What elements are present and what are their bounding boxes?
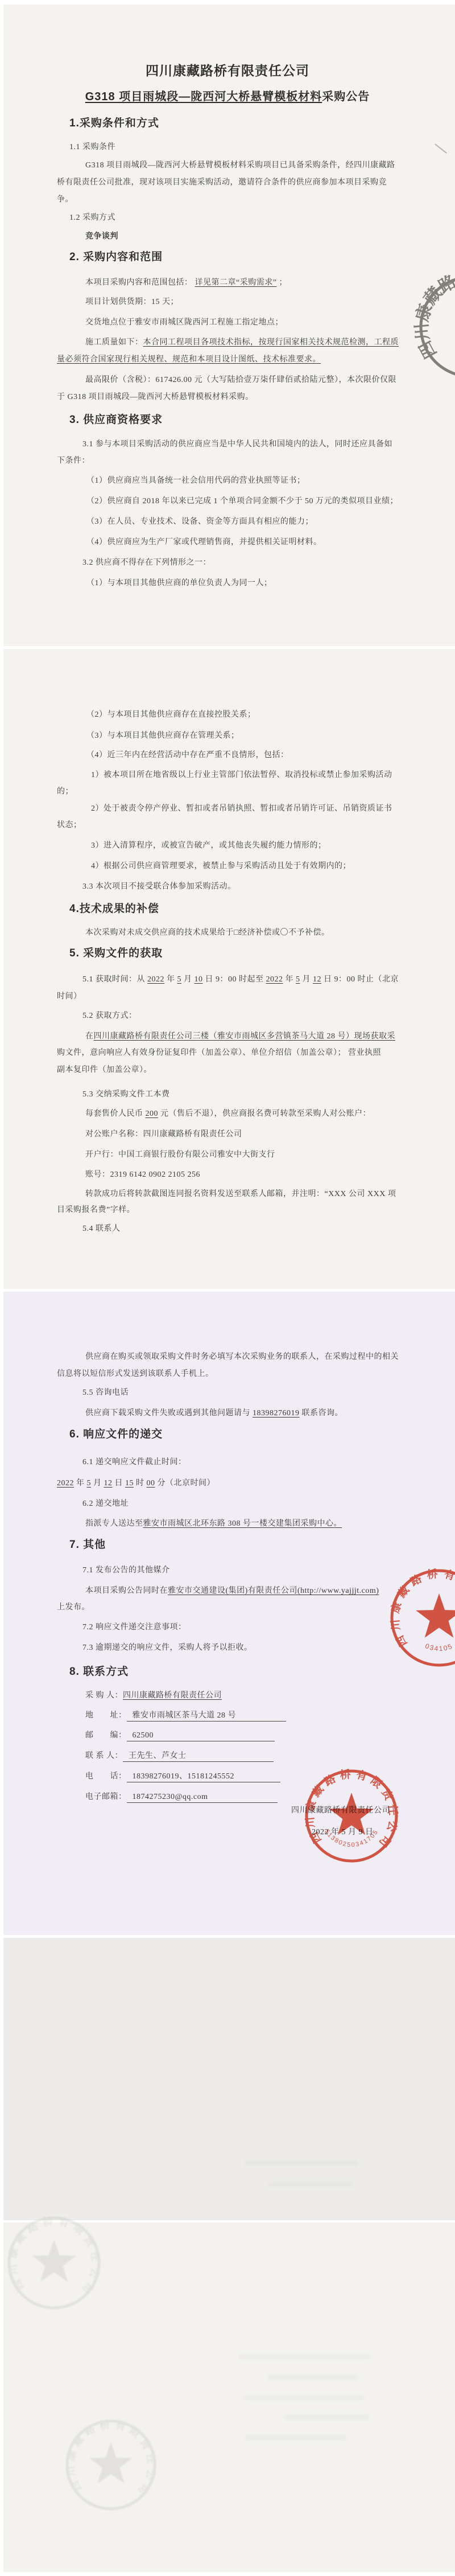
text-run: 本次采购对未成交供应商的技术成果给于□经济补偿或〇不予补偿。 bbox=[85, 928, 329, 937]
text-run: （2）与本项目其他供应商存在直接控股关系； bbox=[86, 710, 256, 719]
text-run: 四川康藏路桥有限责任公司三楼（雅安市雨城区多营镇茶马大道 28 号）现场获取采 bbox=[94, 1032, 396, 1041]
text-run: 时 bbox=[134, 1479, 147, 1488]
doc-line: 5.4 联系人 bbox=[82, 1224, 121, 1234]
company-seal-red: 四川康藏路桥有限责任公司51380250341705 bbox=[298, 1762, 405, 1872]
text-run: 月 bbox=[91, 1479, 104, 1488]
text-run: 信息将以短信形式发送到该联系人手机上。 bbox=[57, 1370, 214, 1378]
text-run: 每套售价人民币 bbox=[85, 1110, 146, 1118]
doc-line: 地 址：雅安市雨城区茶马大道 28 号 bbox=[85, 1711, 286, 1722]
doc-line: 本次采购对未成交供应商的技术成果给于□经济补偿或〇不予补偿。 bbox=[85, 928, 329, 938]
doc-line: 1.1 采购条件 bbox=[69, 142, 115, 153]
doc-line: 时间） bbox=[57, 992, 82, 1002]
text-run: 采购公告 bbox=[322, 91, 370, 103]
doc-line: 状态； bbox=[57, 820, 82, 831]
text-run: 上发布。 bbox=[57, 1603, 90, 1612]
doc-line: 在四川康藏路桥有限责任公司三楼（雅安市雨城区多营镇茶马大道 28 号）现场获取采 bbox=[85, 1032, 395, 1042]
text-run: 5.4 联系人 bbox=[82, 1225, 121, 1233]
doc-heading: G318 项目雨城段—陇西河大桥悬臂模板材料采购公告 bbox=[0, 90, 455, 104]
ghost-seal-2: 四川康藏路桥有限责任公司 bbox=[59, 2413, 163, 2520]
svg-text:四川康藏路桥有限责任公司: 四川康藏路桥有限责任公司 bbox=[412, 269, 455, 369]
text-run: 下条件： bbox=[57, 457, 90, 465]
text-run: 日 9：00 时起至 bbox=[203, 975, 266, 984]
text-run: 7.1 发布公告的其他媒介 bbox=[82, 1566, 170, 1575]
text-run: 本合同工程项目各项技术指标，按现行国家相关技术规范检测，工程质 bbox=[143, 338, 399, 347]
text-run: 电子邮箱： bbox=[85, 1793, 127, 1801]
doc-line: 竞争谈判 bbox=[85, 232, 118, 242]
text-run: 年 bbox=[164, 975, 177, 984]
doc-line: 本项目采购内容和范围包括： 详见第二章“采购需求” ； bbox=[85, 278, 287, 288]
text-run: （2）供应商自 2018 年以来已完成 1 个单项合同金额不少于 50 万元的类… bbox=[86, 497, 398, 506]
doc-line: 5.1 获取时间：从 2022 年 5 月 10 日 9：00 时起至 2022… bbox=[82, 975, 399, 985]
doc-line: 2）处于被责令停产停业、暂扣或者吊销执照、暂扣或者吊销许可证、吊销资质证书 bbox=[91, 804, 392, 814]
text-run: 转款成功后将转款截图连同报名资料发送至联系人邮箱，并注明：“XXX 公司 XXX… bbox=[85, 1190, 396, 1198]
doc-line: 电 话：18398276019、15181245552 bbox=[85, 1772, 280, 1782]
text-run: 2022 bbox=[266, 975, 283, 984]
text-run: 年 bbox=[283, 975, 296, 984]
text-run: 62500 bbox=[127, 1731, 275, 1741]
text-run: 时间） bbox=[57, 992, 82, 1001]
text-run: 开户行：中国工商银行股份有限公司雅安中大街支行 bbox=[85, 1151, 275, 1159]
doc-line: 争。 bbox=[57, 195, 73, 205]
doc-line: 购文件，意向响应人有效身份证复印件（加盖公章）、单位介绍信（加盖公章）； 营业执… bbox=[57, 1048, 381, 1058]
text-run: G318 项目雨城段—陇西河大桥悬臂模板材料采购项目已具备采购条件，经四川康藏路 bbox=[85, 161, 395, 170]
doc-heading: 5. 采购文件的获取 bbox=[69, 947, 163, 960]
text-run: 4.技术成果的补偿 bbox=[69, 903, 159, 915]
doc-line: 交货地点位于雅安市雨城区陇西河工程施工指定地点； bbox=[85, 318, 283, 328]
text-run: 7. 其他 bbox=[69, 1539, 106, 1551]
doc-line: 5.3 交纳采购文件工本费 bbox=[82, 1090, 170, 1100]
text-run: 本项目采购内容和范围包括： bbox=[85, 278, 195, 287]
text-run: 12 bbox=[313, 975, 321, 984]
text-run: 地 址： bbox=[85, 1711, 127, 1720]
doc-line: （1）供应商应当具备统一社会信用代码的营业执照等证书； bbox=[86, 476, 305, 486]
text-run: 12 bbox=[104, 1479, 113, 1488]
text-run: 8. 联系方式 bbox=[69, 1666, 129, 1678]
doc-heading: 2. 采购内容和范围 bbox=[69, 250, 163, 264]
doc-line: 对公账户名称：四川康藏路桥有限责任公司 bbox=[85, 1129, 242, 1140]
doc-heading: 3. 供应商资格要求 bbox=[69, 413, 163, 427]
ink-bleed-mark bbox=[245, 2435, 347, 2440]
text-run: 5.2 获取方式： bbox=[82, 1012, 137, 1020]
ghost-seal-1: 四川康藏路桥有限责任公司 bbox=[1, 2209, 107, 2319]
text-run: 00 bbox=[147, 1479, 155, 1488]
text-run: 5. 采购文件的获取 bbox=[69, 947, 163, 959]
doc-line: 供应商在购买或领取采购文件时务必填写本次采购业务的联系人，在采购过程中的相关 bbox=[85, 1352, 399, 1362]
ink-bleed-mark bbox=[267, 2182, 353, 2187]
doc-line: 于 G318 项目雨城段—陇西河大桥悬臂模板材料采购。 bbox=[57, 392, 254, 402]
doc-line: 联 系 人：王先生、芦女士 bbox=[85, 1751, 274, 1762]
doc-line: 7.1 发布公告的其他媒介 bbox=[82, 1566, 170, 1576]
doc-line: （3）与本项目其他供应商存在管理关系； bbox=[86, 731, 239, 741]
doc-line: （3）在人员、专业技术、设备、资金等方面具有相应的能力； bbox=[86, 517, 313, 527]
doc-line: 7.2 响应文件递交注意事项： bbox=[82, 1622, 187, 1633]
doc-line: 5.5 咨询电话 bbox=[82, 1388, 129, 1398]
doc-line: 信息将以短信形式发送到该联系人手机上。 bbox=[57, 1369, 214, 1379]
text-run: 供应商下载采购文件失败或遇到其他问题请与 bbox=[85, 1409, 253, 1418]
text-run: 月 bbox=[181, 975, 195, 984]
text-run: 目采购报名费”字样。 bbox=[57, 1206, 135, 1214]
text-run: 6.1 递交响应文件截止时间： bbox=[82, 1458, 187, 1466]
text-run: 7.3 逾期递交的响应文件，采购人将予以拒收。 bbox=[82, 1644, 253, 1652]
text-run: 在 bbox=[85, 1032, 94, 1041]
text-run: 雅安市交通建设(集团)有限责任公司(http://www.yajjjt.com) bbox=[168, 1587, 379, 1595]
text-run: 5.5 咨询电话 bbox=[82, 1388, 129, 1397]
doc-line: 6.2 递交地址 bbox=[82, 1499, 129, 1509]
text-run: 的； bbox=[57, 787, 73, 796]
doc-line: （2）与本项目其他供应商存在直接控股关系； bbox=[86, 710, 256, 720]
text-run: 3.2 供应商不得存在下列情形之一： bbox=[82, 558, 211, 567]
doc-heading: 1.采购条件和方式 bbox=[69, 117, 159, 130]
text-run: 分（北京时间） bbox=[155, 1479, 216, 1488]
doc-heading: 6. 响应文件的递交 bbox=[69, 1428, 163, 1441]
text-run: 7.2 响应文件递交注意事项： bbox=[82, 1623, 187, 1632]
text-run: 月 bbox=[300, 975, 313, 984]
text-run: 2022 bbox=[57, 1479, 74, 1488]
doc-line: （4）供应商应为生产厂家或代理销售商，并提供相关证明材料。 bbox=[86, 537, 322, 548]
text-run: 3. 供应商资格要求 bbox=[69, 414, 163, 426]
doc-line: 副本复印件（加盖公章）。 bbox=[57, 1065, 152, 1075]
text-run: 3）进入清算程序，或被宣告破产，或其他丧失履约能力情形的； bbox=[91, 841, 326, 850]
doc-line: （4）近三年内在经营活动中存在严重不良情形，包括： bbox=[86, 750, 289, 761]
ink-bleed-mark bbox=[284, 2415, 370, 2420]
doc-line: （2）供应商自 2018 年以来已完成 1 个单项合同金额不少于 50 万元的类… bbox=[86, 496, 398, 507]
doc-line: 5.2 获取方式： bbox=[82, 1011, 137, 1021]
text-run: 采 购 人： bbox=[85, 1691, 123, 1700]
doc-line: 最高限价（含税）：617426.00 元（大写陆拾壹万柒仟肆佰贰拾陆元整），本次… bbox=[85, 375, 396, 385]
text-run: 2）处于被责令停产停业、暂扣或者吊销执照、暂扣或者吊销许可证、吊销资质证书 bbox=[91, 804, 392, 813]
text-run: 账号：2319 6142 0902 2105 256 bbox=[85, 1170, 200, 1179]
text-run: 1）被本项目所在地省级以上行业主管部门依法暂停、取消投标或禁止参加采购活动 bbox=[91, 771, 392, 779]
ink-bleed-mark bbox=[245, 2395, 364, 2400]
doc-line: （1）与本项目其他供应商的单位负责人为同一人； bbox=[86, 578, 272, 589]
text-run: 四川康藏路桥有限责任公司 bbox=[123, 1691, 222, 1700]
text-run: 15 bbox=[125, 1479, 134, 1488]
text-run: 元（售后不退），供应商报名费可转款至采购人对公账户： bbox=[158, 1110, 371, 1118]
doc-line: 3.2 供应商不得存在下列情形之一： bbox=[82, 558, 211, 568]
doc-line: 采 购 人：四川康藏路桥有限责任公司 bbox=[85, 1691, 222, 1701]
doc-line: 本项目采购公告同时在雅安市交通建设(集团)有限责任公司(http://www.y… bbox=[85, 1586, 379, 1596]
text-run: 18398276019、15181245552 bbox=[127, 1772, 280, 1782]
text-run: 年 bbox=[74, 1479, 87, 1488]
text-run: 对公账户名称：四川康藏路桥有限责任公司 bbox=[85, 1130, 242, 1139]
text-run: 项目计划供货期：15 天； bbox=[85, 298, 179, 306]
doc-heading: 8. 联系方式 bbox=[69, 1665, 129, 1679]
text-run: 1.1 采购条件 bbox=[69, 143, 115, 151]
text-run: 5 bbox=[177, 975, 182, 984]
doc-line: 邮 编：62500 bbox=[85, 1731, 275, 1741]
text-run: 1.2 采购方式 bbox=[69, 213, 115, 222]
doc-line: 账号：2319 6142 0902 2105 256 bbox=[85, 1170, 200, 1180]
doc-line: 上发布。 bbox=[57, 1603, 90, 1613]
text-run: 详见第二章“采购需求” bbox=[195, 278, 277, 287]
text-run: 4）根据公司供应商管理要求，被禁止参与采购活动且处于有效期内的； bbox=[91, 862, 351, 870]
text-run: 购文件，意向响应人有效身份证复印件（加盖公章）、单位介绍信（加盖公章）； 营业执… bbox=[57, 1049, 381, 1057]
text-run: 6. 响应文件的递交 bbox=[69, 1428, 163, 1440]
text-run: 桥有限责任公司批准，现对该项目实施采购活动，邀请符合条件的供应商参加本项目采购竞 bbox=[57, 178, 387, 187]
text-run: （3）与本项目其他供应商存在管理关系； bbox=[86, 732, 239, 740]
doc-line: 电子邮箱：1874275230@qq.com bbox=[85, 1792, 278, 1803]
text-run: 5 bbox=[296, 975, 300, 984]
text-run: 3.3 本次项目不接受联合体参加采购活动。 bbox=[82, 882, 236, 891]
text-run: 日 9：00 时止（北京 bbox=[321, 975, 399, 984]
doc-line: 下条件： bbox=[57, 456, 90, 466]
text-run: 5.3 交纳采购文件工本费 bbox=[82, 1090, 170, 1099]
text-run: 6.2 递交地址 bbox=[82, 1499, 129, 1508]
text-run: 1.采购条件和方式 bbox=[69, 117, 159, 129]
text-run: 2022 bbox=[147, 975, 164, 984]
text-run: 雅安市雨城区茶马大道 28 号 bbox=[127, 1711, 286, 1722]
text-run: 10 bbox=[195, 975, 203, 984]
text-run: 于 G318 项目雨城段—陇西河大桥悬臂模板材料采购。 bbox=[57, 393, 254, 401]
doc-heading: 7. 其他 bbox=[69, 1538, 106, 1552]
text-run: 200 bbox=[146, 1110, 159, 1118]
text-run: 邮 编： bbox=[85, 1731, 127, 1740]
text-run: 联系咨询。 bbox=[300, 1409, 344, 1418]
text-run: 2. 采购内容和范围 bbox=[69, 251, 163, 263]
text-run: （1）与本项目其他供应商的单位负责人为同一人； bbox=[86, 579, 272, 587]
doc-line: G318 项目雨城段—陇西河大桥悬臂模板材料采购项目已具备采购条件，经四川康藏路 bbox=[85, 161, 395, 171]
text-run: （3）在人员、专业技术、设备、资金等方面具有相应的能力； bbox=[86, 517, 313, 526]
text-run: ； bbox=[276, 278, 287, 287]
doc-line: 施工质量如下：本合同工程项目各项技术指标，按现行国家相关技术规范检测，工程质 bbox=[85, 338, 399, 348]
text-run: 18398276019 bbox=[253, 1409, 300, 1418]
text-run: 竞争谈判 bbox=[85, 232, 118, 241]
text-run: 王先生、芦女士 bbox=[123, 1751, 274, 1762]
doc-line: 1）被本项目所在地省级以上行业主管部门依法暂停、取消投标或禁止参加采购活动 bbox=[91, 770, 392, 780]
doc-line: 目采购报名费”字样。 bbox=[57, 1205, 135, 1215]
doc-line: 量必须符合国家现行相关规程、规范和本项目设计图纸、技术标准要求。 bbox=[57, 355, 321, 365]
doc-line: 桥有限责任公司批准，现对该项目实施采购活动，邀请符合条件的供应商参加本项目采购竞 bbox=[57, 178, 387, 188]
text-run: 交货地点位于雅安市雨城区陇西河工程施工指定地点； bbox=[85, 318, 283, 327]
text-run: 3.1 参与本项目采购活动的供应商应当是中华人民共和国境内的法人，同时还应具备如 bbox=[82, 440, 392, 449]
doc-line: 项目计划供货期：15 天； bbox=[85, 297, 179, 307]
text-run: 联 系 人： bbox=[85, 1752, 123, 1760]
ink-bleed-mark bbox=[239, 2354, 370, 2359]
doc-line: 的； bbox=[57, 787, 73, 797]
text-run: 状态； bbox=[57, 821, 82, 829]
doc-line: 开户行：中国工商银行股份有限公司雅安中大街支行 bbox=[85, 1150, 275, 1160]
text-run: 本项目采购公告同时在 bbox=[85, 1587, 168, 1595]
text-run: 5 bbox=[87, 1479, 92, 1488]
ink-bleed-mark bbox=[245, 2160, 358, 2166]
doc-line: 3）进入清算程序，或被宣告破产，或其他丧失履约能力情形的； bbox=[91, 841, 326, 851]
text-run: G318 项目雨城段—陇西河大桥悬臂模板材料 bbox=[85, 91, 322, 103]
text-run: 供应商在购买或领取采购文件时务必填写本次采购业务的联系人，在采购过程中的相关 bbox=[85, 1353, 399, 1361]
svg-text:034105: 034105 bbox=[424, 1642, 454, 1653]
text-run: 争。 bbox=[57, 195, 73, 204]
text-run: （4）供应商应为生产厂家或代理销售商，并提供相关证明材料。 bbox=[86, 538, 322, 547]
text-run: 5.1 获取时间：从 bbox=[82, 975, 147, 984]
doc-line: 3.3 本次项目不接受联合体参加采购活动。 bbox=[82, 882, 236, 892]
text-run: 1874275230@qq.com bbox=[127, 1792, 278, 1803]
page-4 bbox=[3, 1938, 455, 2220]
svg-text:51380250341705: 51380250341705 bbox=[323, 1829, 379, 1849]
doc-line: 指派专人送达至雅安市雨城区北环东路 308 号一楼交建集团采购中心。 bbox=[85, 1519, 342, 1529]
text-run: 日 bbox=[113, 1479, 126, 1488]
text-run: 量必须符合国家现行相关规程、规范和本项目设计图纸、技术标准要求。 bbox=[57, 355, 321, 364]
doc-line: 3.1 参与本项目采购活动的供应商应当是中华人民共和国境内的法人，同时还应具备如 bbox=[82, 439, 392, 450]
doc-line: 转款成功后将转款截图连同报名资料发送至联系人邮箱，并注明：“XXX 公司 XXX… bbox=[85, 1189, 396, 1199]
doc-line: 7.3 逾期递交的响应文件，采购人将予以拒收。 bbox=[82, 1643, 253, 1653]
doc-line: 每套售价人民币 200 元（售后不退），供应商报名费可转款至采购人对公账户： bbox=[85, 1109, 371, 1119]
doc-line: 4）根据公司供应商管理要求，被禁止参与采购活动且处于有效期内的； bbox=[91, 861, 351, 872]
text-run: （1）供应商应当具备统一社会信用代码的营业执照等证书； bbox=[86, 476, 305, 485]
text-run: 电 话： bbox=[85, 1772, 127, 1781]
ink-bleed-mark bbox=[267, 2375, 358, 2380]
text-run: 施工质量如下： bbox=[85, 338, 143, 347]
doc-line: 6.1 递交响应文件截止时间： bbox=[82, 1457, 187, 1468]
text-run: 指派专人送达至 bbox=[85, 1519, 143, 1528]
scanned-procurement-announcement: 四川康藏路桥有限责任公司G318 项目雨城段—陇西河大桥悬臂模板材料采购公告1.… bbox=[0, 0, 455, 2576]
text-run: 四川康藏路桥有限责任公司 bbox=[146, 63, 309, 78]
text-run: （4）近三年内在经营活动中存在严重不良情形，包括： bbox=[86, 751, 289, 759]
company-seal-red-partial: 四川康藏路桥有限责任公司034105 bbox=[383, 1562, 455, 1677]
doc-heading: 4.技术成果的补偿 bbox=[69, 902, 159, 916]
registration-seal-gray: 四川康藏路桥有限责任公司511802 bbox=[412, 269, 455, 388]
text-run: 雅安市雨城区北环东路 308 号一楼交建集团采购中心。 bbox=[143, 1519, 342, 1528]
doc-line: 2022 年 5 月 12 日 15 时 00 分（北京时间） bbox=[57, 1478, 215, 1489]
text-run: 副本复印件（加盖公章）。 bbox=[57, 1066, 152, 1074]
doc-line: 1.2 采购方式 bbox=[69, 213, 115, 223]
text-run: 最高限价（含税）：617426.00 元（大写陆拾壹万柒仟肆佰贰拾陆元整），本次… bbox=[85, 376, 396, 384]
doc-heading: 四川康藏路桥有限责任公司 bbox=[0, 63, 455, 79]
doc-line: 供应商下载采购文件失败或遇到其他问题请与 18398276019 联系咨询。 bbox=[85, 1408, 343, 1419]
